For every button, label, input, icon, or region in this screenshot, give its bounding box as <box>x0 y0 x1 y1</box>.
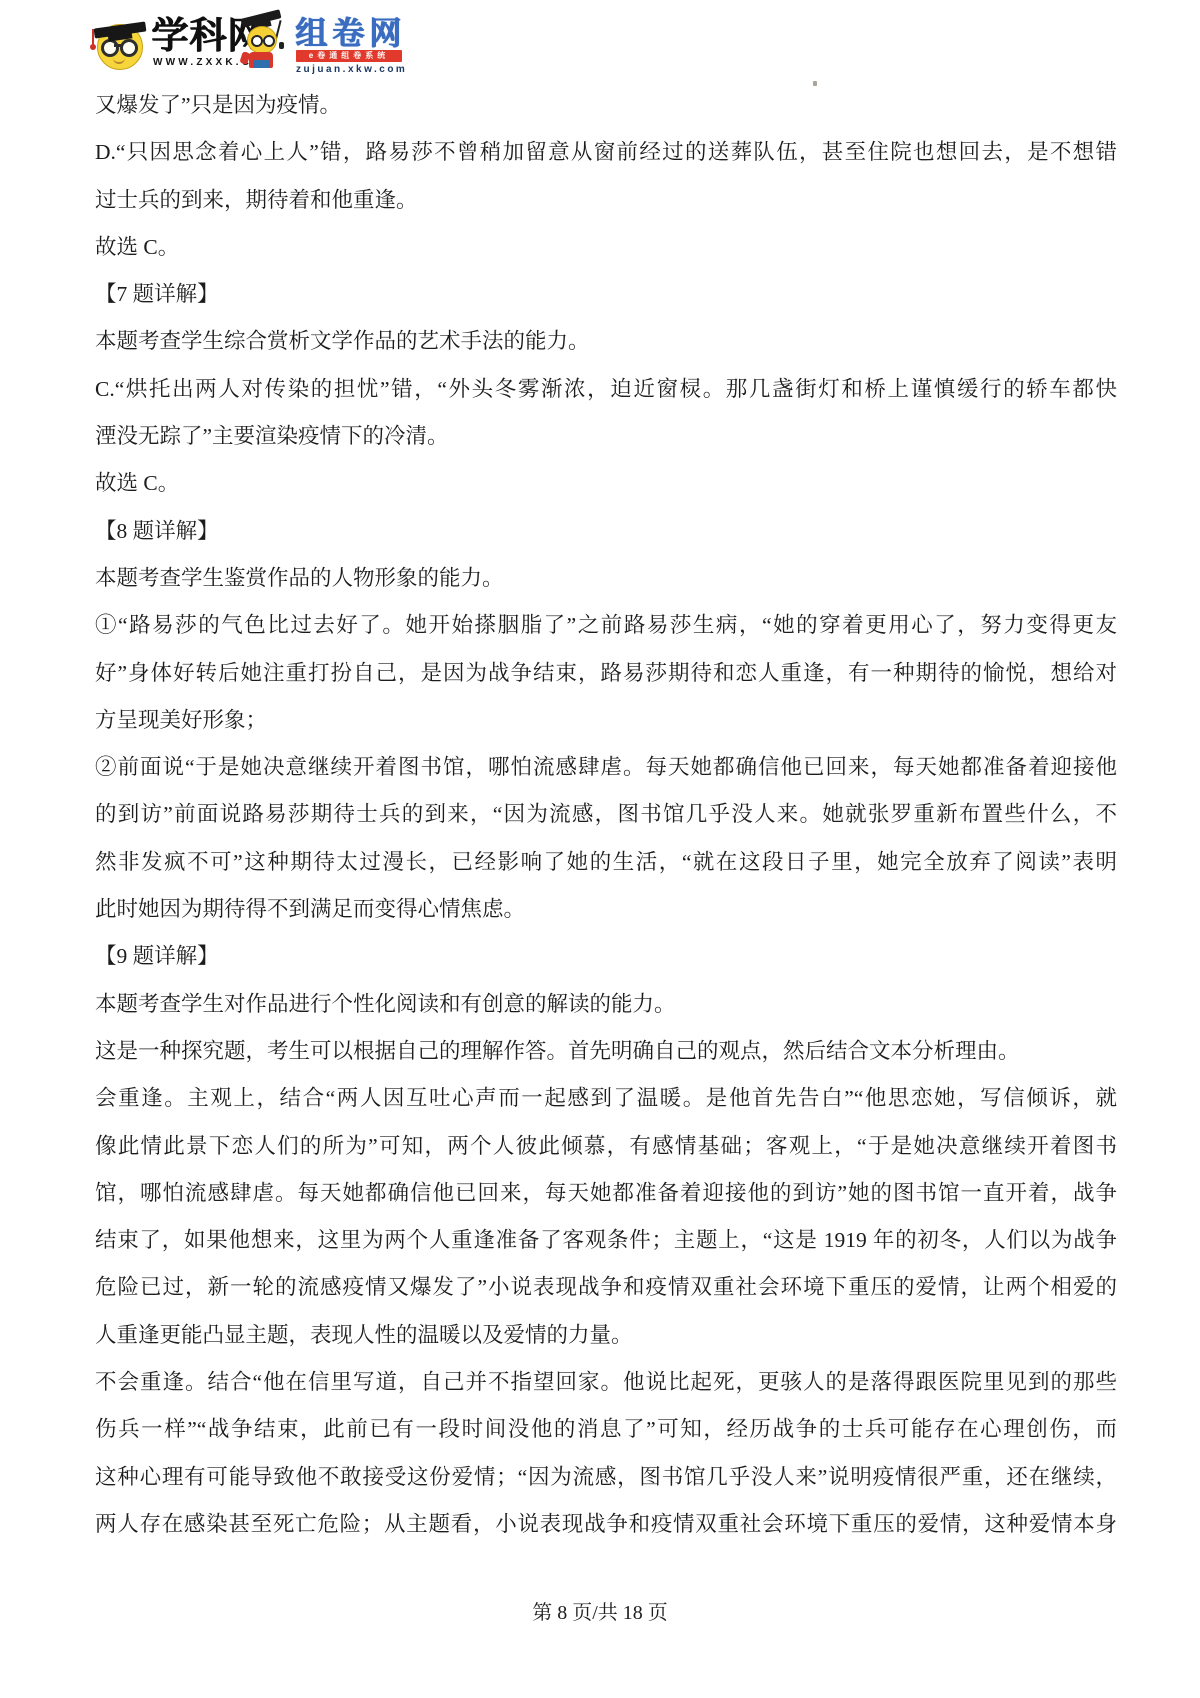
zxxk-smiley-face-icon <box>97 24 143 70</box>
text-line: 不会重逢。结合“他在信里写道，自己并不指望回家。他说比起死，更骇人的是落得跟医院… <box>95 1359 1117 1406</box>
text-line: C.“烘托出两人对传染的担忧”错，“外头冬雾渐浓，迫近窗棂。那几盏街灯和桥上谨慎… <box>95 366 1117 413</box>
text-line: 像此情此景下恋人们的所为”可知，两个人彼此倾慕，有感情基础；客观上，“于是她决意… <box>95 1123 1117 1170</box>
text-line: 故选 C。 <box>95 224 1117 271</box>
cap-tassel <box>92 29 94 45</box>
text-line: 这是一种探究题，考生可以根据自己的理解作答。首先明确自己的观点，然后结合文本分析… <box>95 1028 1117 1075</box>
text-line: 结束了，如果他想来，这里为两个人重逢准备了客观条件；主题上，“这是 1919 年… <box>95 1217 1117 1264</box>
cap-tassel-dot <box>90 44 96 50</box>
text-line: ②前面说“于是她决意继续开着图书馆，哪怕流感肆虐。每天她都确信他已回来，每天她都… <box>95 744 1117 791</box>
zujuan-logo: 组卷网 e卷通组卷系统 zujuan.xkw.com <box>233 10 413 76</box>
text-line: 方呈现美好形象； <box>95 697 1117 744</box>
zujuan-logo-url: zujuan.xkw.com <box>296 64 407 75</box>
text-line: 伤兵一样”“战争结束，此前已有一段时间没他的消息了”可知，经历战争的士兵可能存在… <box>95 1406 1117 1453</box>
zujuan-mascot-icon <box>233 12 291 74</box>
text-line: 【7 题详解】 <box>95 271 1117 318</box>
text-line: 过士兵的到来，期待着和他重逢。 <box>95 177 1117 224</box>
text-line: 此时她因为期待得不到满足而变得心情焦虑。 <box>95 886 1117 933</box>
document-page: { "logos": { "zxxk": { "name": "学科网", "u… <box>0 0 1200 1698</box>
cap-tassel-dot <box>279 42 284 49</box>
mascot-book <box>253 60 270 68</box>
mascot-head <box>247 26 277 54</box>
text-line: 的到访”前面说路易莎期待士兵的到来，“因为流感，图书馆几乎没人来。她就张罗重新布… <box>95 791 1117 838</box>
text-line: 故选 C。 <box>95 460 1117 507</box>
document-body: 又爆发了”只是因为疫情。D.“只因思念着心上人”错，路易莎不曾稍加留意从窗前经过… <box>95 82 1117 1548</box>
text-line: 好”身体好转后她注重打扮自己，是因为战争结束，路易莎期待和恋人重逢，有一种期待的… <box>95 650 1117 697</box>
glasses-bridge <box>114 44 122 47</box>
text-line: 馆，哪怕流感肆虐。每天她都确信他已回来，每天她都准备着迎接他的到访”她的图书馆一… <box>95 1170 1117 1217</box>
text-line: 人重逢更能凸显主题，表现人性的温暖以及爱情的力量。 <box>95 1312 1117 1359</box>
text-line: 【9 题详解】 <box>95 933 1117 980</box>
glasses-icon <box>251 35 263 47</box>
text-line: 这种心理有可能导致他不敢接受这份爱情；“因为流感，图书馆几乎没人来”说明疫情很严… <box>95 1454 1117 1501</box>
zujuan-banner-text: e卷通组卷系统 <box>296 50 402 62</box>
text-line: 本题考查学生综合赏析文学作品的艺术手法的能力。 <box>95 318 1117 365</box>
glasses-icon <box>263 35 275 47</box>
text-line: 然非发疯不可”这种期待太过漫长，已经影响了她的生活，“就在这段日子里，她完全放弃… <box>95 839 1117 886</box>
text-line: 会重逢。主观上，结合“两人因互吐心声而一起感到了温暖。是他首先告白”“他思恋她，… <box>95 1075 1117 1122</box>
text-line: 又爆发了”只是因为疫情。 <box>95 82 1117 129</box>
text-line: 危险已过，新一轮的流感疫情又爆发了”小说表现战争和疫情双重社会环境下重压的爱情，… <box>95 1264 1117 1311</box>
smile-icon <box>113 55 125 64</box>
zujuan-logo-text: 组卷网 <box>295 16 406 50</box>
page-number: 第 8 页/共 18 页 <box>0 1596 1200 1625</box>
text-line: 本题考查学生鉴赏作品的人物形象的能力。 <box>95 555 1117 602</box>
text-line: 本题考查学生对作品进行个性化阅读和有创意的解读的能力。 <box>95 981 1117 1028</box>
text-line: D.“只因思念着心上人”错，路易莎不曾稍加留意从窗前经过的送葬队伍，甚至住院也想… <box>95 129 1117 176</box>
text-line: 湮没无踪了”主要渲染疫情下的冷清。 <box>95 413 1117 460</box>
text-line: ①“路易莎的气色比过去好了。她开始搽胭脂了”之前路易莎生病，“她的穿着更用心了，… <box>95 602 1117 649</box>
text-line: 【8 题详解】 <box>95 508 1117 555</box>
text-line: 两人存在感染甚至死亡危险；从主题看，小说表现战争和疫情双重社会环境下重压的爱情，… <box>95 1501 1117 1548</box>
